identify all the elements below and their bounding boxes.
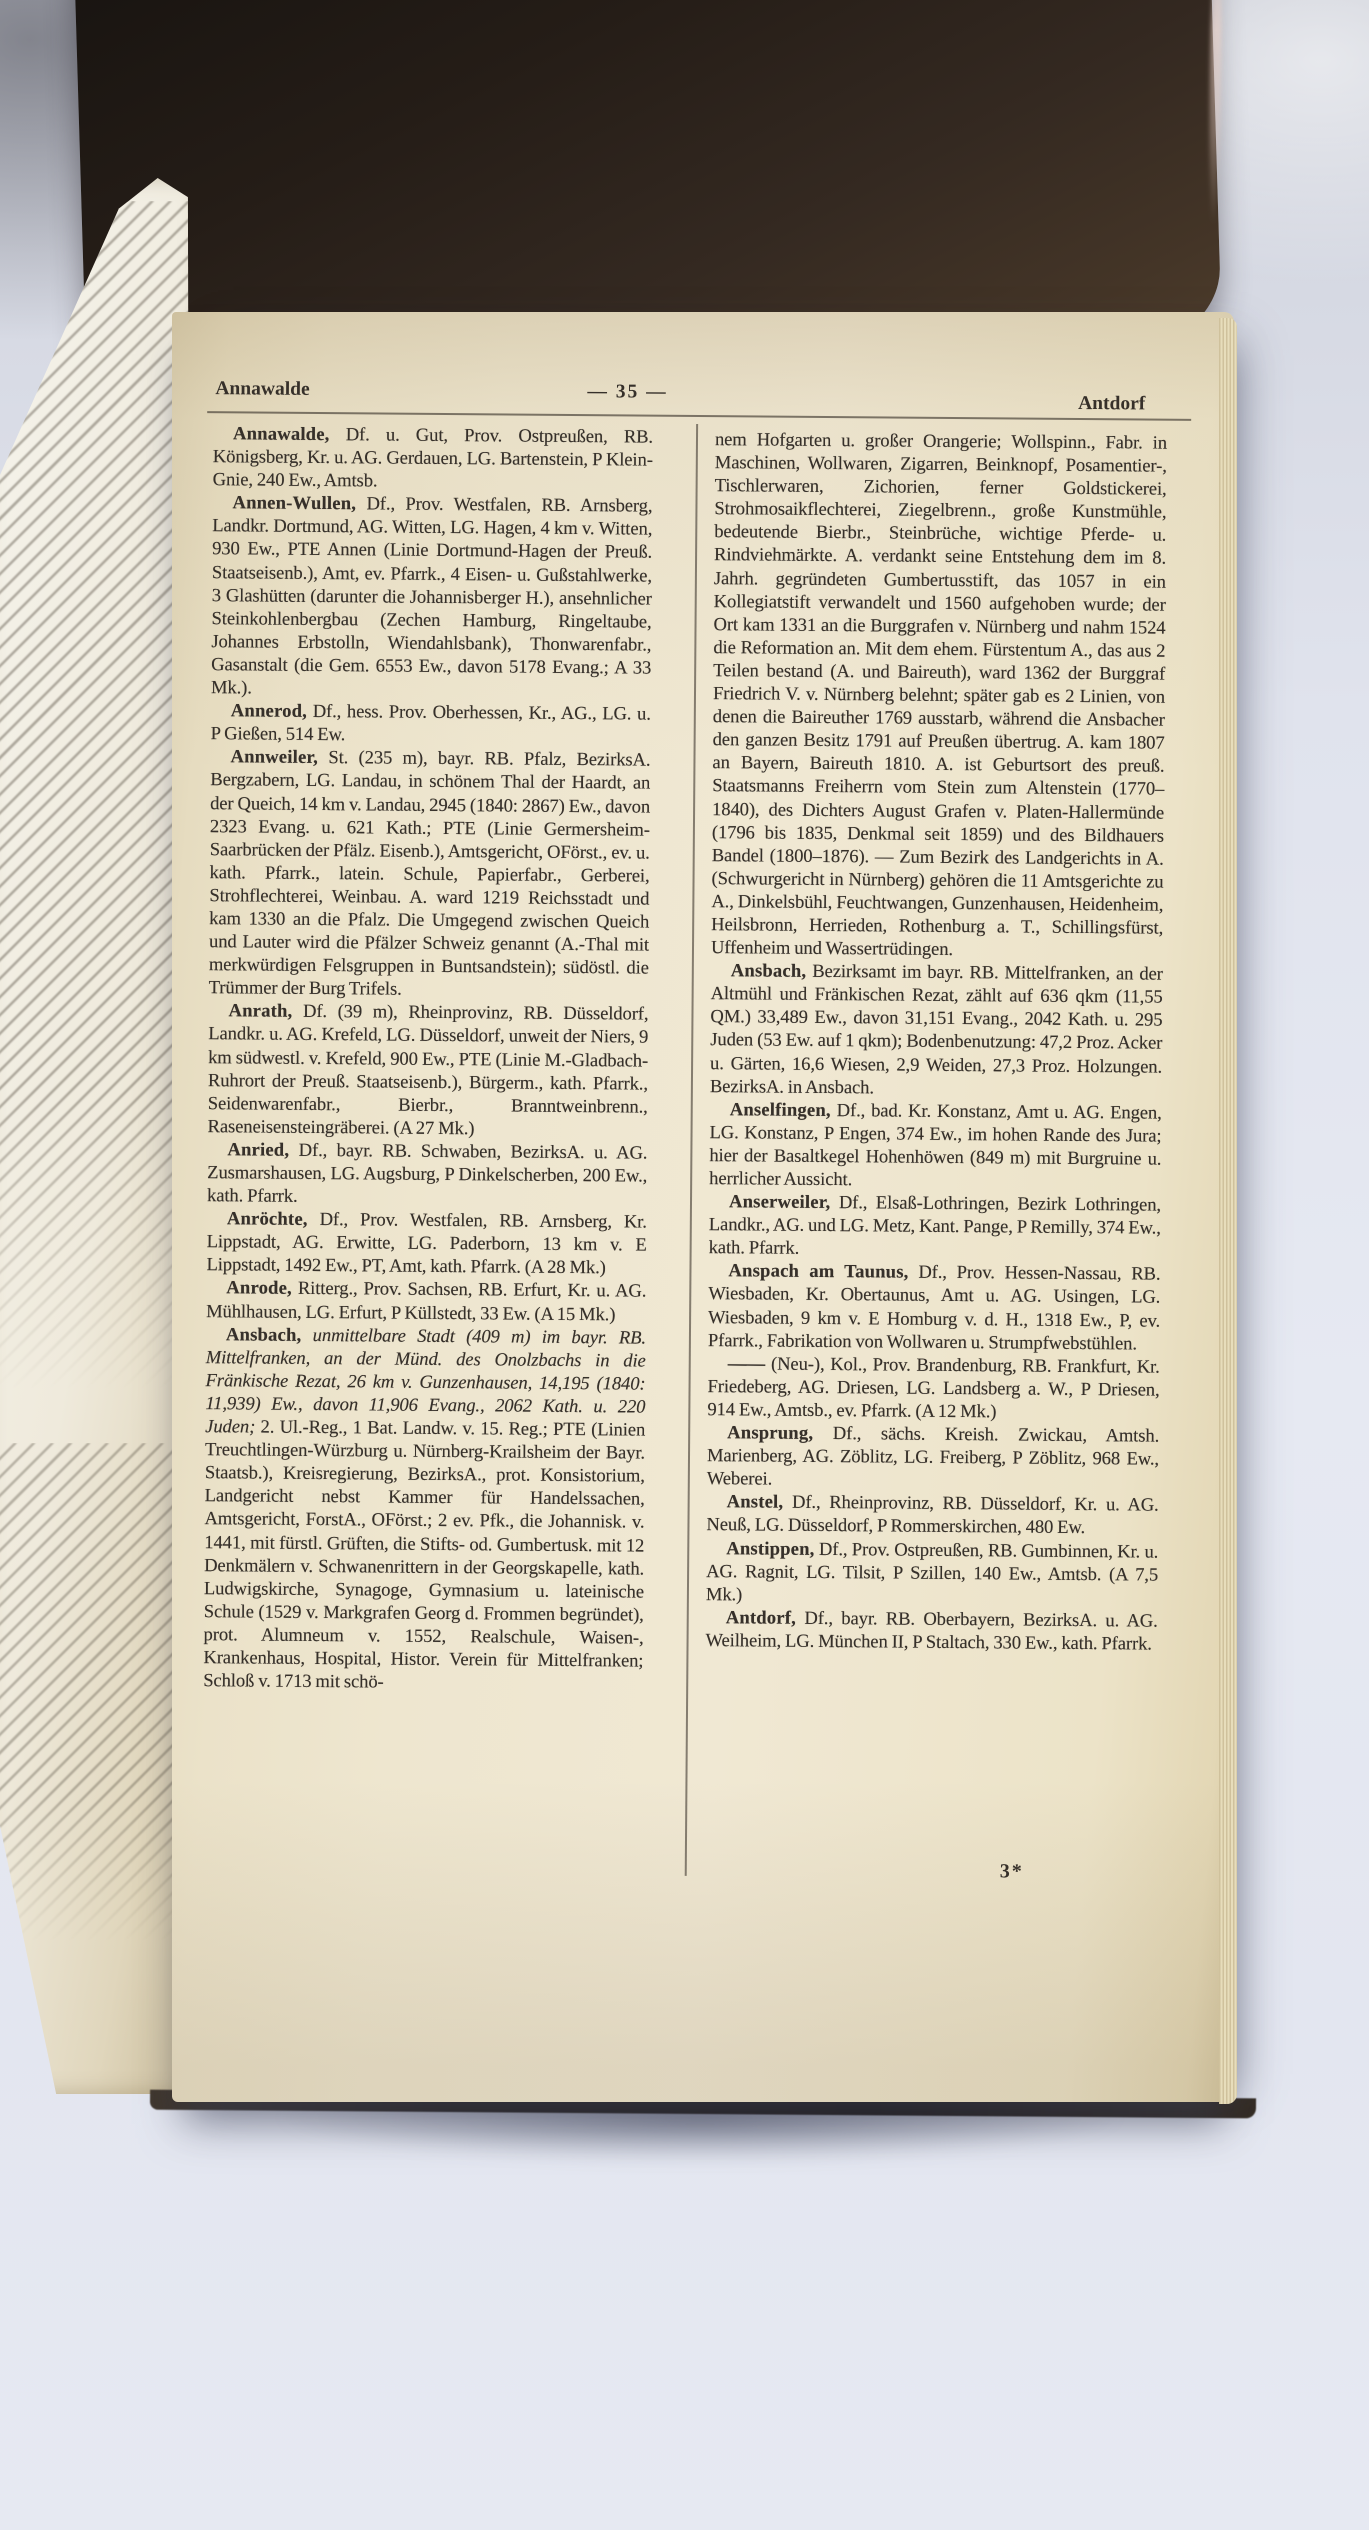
column-divider (685, 424, 698, 1876)
entry-headword: Anröchte, (227, 1208, 308, 1230)
gazetteer-entry: Annweiler, St. (235 m), bayr. RB. Pfalz,… (209, 745, 651, 1002)
gazetteer-entry: Annerod, Df., hess. Prov. Oberhessen, Kr… (211, 699, 651, 749)
entry-headword: Annweiler, (230, 747, 318, 769)
running-head-left: Annawalde (215, 378, 309, 401)
entry-headword: —— (728, 1353, 766, 1374)
entry-headword: Antdorf, (726, 1607, 796, 1629)
signature-mark: 3* (1000, 1860, 1024, 1883)
gazetteer-entry: Anried, Df., bayr. RB. Schwaben, Bezirks… (207, 1138, 648, 1211)
header-rule (207, 411, 1191, 420)
entry-headword: Ansprung, (727, 1422, 813, 1444)
gazetteer-page: Annawalde — 35 — Antdorf Annawalde, Df. … (172, 312, 1234, 2102)
entry-headword: Ansbach, (731, 960, 807, 982)
gazetteer-entry: Anrode, Ritterg., Prov. Sachsen, RB. Erf… (206, 1277, 646, 1327)
gazetteer-entry: Anrath, Df. (39 m), Rheinprovinz, RB. Dü… (207, 999, 648, 1141)
entry-headword: Anrode, (226, 1278, 292, 1300)
column-right: nem Hofgarten u. großer Orangerie; Wolls… (705, 428, 1167, 1655)
gazetteer-entry: Annen-Wullen, Df., Prov. Westfalen, RB. … (211, 491, 653, 702)
gazetteer-entry: Annawalde, Df. u. Gut, Prov. Ostpreußen,… (213, 422, 654, 495)
gazetteer-entry: Ansbach, Bezirksamt im bayr. RB. Mittelf… (710, 959, 1163, 1101)
page-number: — 35 — (587, 381, 667, 404)
entry-body: Df., Prov. Westfalen, RB. Arnsberg, Land… (211, 494, 653, 699)
gazetteer-entry: Anserweiler, Df., Elsaß-Lothringen, Bezi… (709, 1190, 1162, 1263)
entry-body: nem Hofgarten u. großer Orangerie; Wolls… (711, 429, 1167, 960)
entry-headword: Annerod, (231, 700, 307, 722)
gazetteer-entry: Antdorf, Df., bayr. RB. Oberbayern, Bezi… (705, 1606, 1157, 1656)
entry-body: (Neu-), Kol., Prov. Brandenburg, RB. Fra… (707, 1353, 1160, 1422)
book-photo-scene: Annawalde — 35 — Antdorf Annawalde, Df. … (0, 0, 1369, 2530)
entry-body: 2. Ul.-Reg., 1 Bat. Landw. v. 15. Reg.; … (203, 1417, 645, 1693)
gazetteer-entry: Anstel, Df., Rheinprovinz, RB. Düsseldor… (706, 1490, 1158, 1540)
entry-body: St. (235 m), bayr. RB. Pfalz, BezirksA. … (209, 747, 651, 1000)
entry-headword: Anselfingen, (730, 1099, 831, 1121)
gazetteer-entry: Anstippen, Df., Prov. Ostpreußen, RB. Gu… (706, 1537, 1159, 1610)
text-columns: Annawalde, Df. u. Gut, Prov. Ostpreußen,… (200, 422, 1197, 2106)
page-content: Annawalde — 35 — Antdorf Annawalde, Df. … (158, 308, 1234, 2106)
running-head-right: Antdorf (1078, 393, 1145, 416)
gazetteer-entry: Anselfingen, Df., bad. Kr. Konstanz, Amt… (709, 1098, 1162, 1194)
gazetteer-entry: Anröchte, Df., Prov. Westfalen, RB. Arns… (206, 1207, 647, 1280)
entry-headword: Anspach am Taunus, (728, 1261, 908, 1283)
gazetteer-entry: Ansprung, Df., sächs. Kreish. Zwickau, A… (707, 1421, 1160, 1494)
entry-headword: Ansbach, (226, 1324, 302, 1346)
entry-headword: Anrath, (228, 1001, 292, 1023)
entry-headword: Annawalde, (233, 423, 330, 445)
column-left: Annawalde, Df. u. Gut, Prov. Ostpreußen,… (203, 422, 653, 1696)
entry-headword: Anstippen, (726, 1538, 814, 1560)
gazetteer-entry: nem Hofgarten u. großer Orangerie; Wolls… (711, 428, 1167, 963)
entry-headword: Annen-Wullen, (232, 493, 356, 515)
running-head: Annawalde — 35 — Antdorf (215, 378, 1145, 411)
entry-headword: Anserweiler, (729, 1191, 831, 1213)
entry-headword: Anstel, (727, 1492, 784, 1513)
entry-headword: Anried, (227, 1139, 289, 1160)
gazetteer-entry: —— (Neu-), Kol., Prov. Brandenburg, RB. … (707, 1352, 1160, 1425)
gazetteer-entry: Anspach am Taunus, Df., Prov. Hessen-Nas… (708, 1259, 1161, 1355)
gazetteer-entry: Ansbach, unmittelbare Stadt (409 m) im b… (203, 1323, 646, 1696)
